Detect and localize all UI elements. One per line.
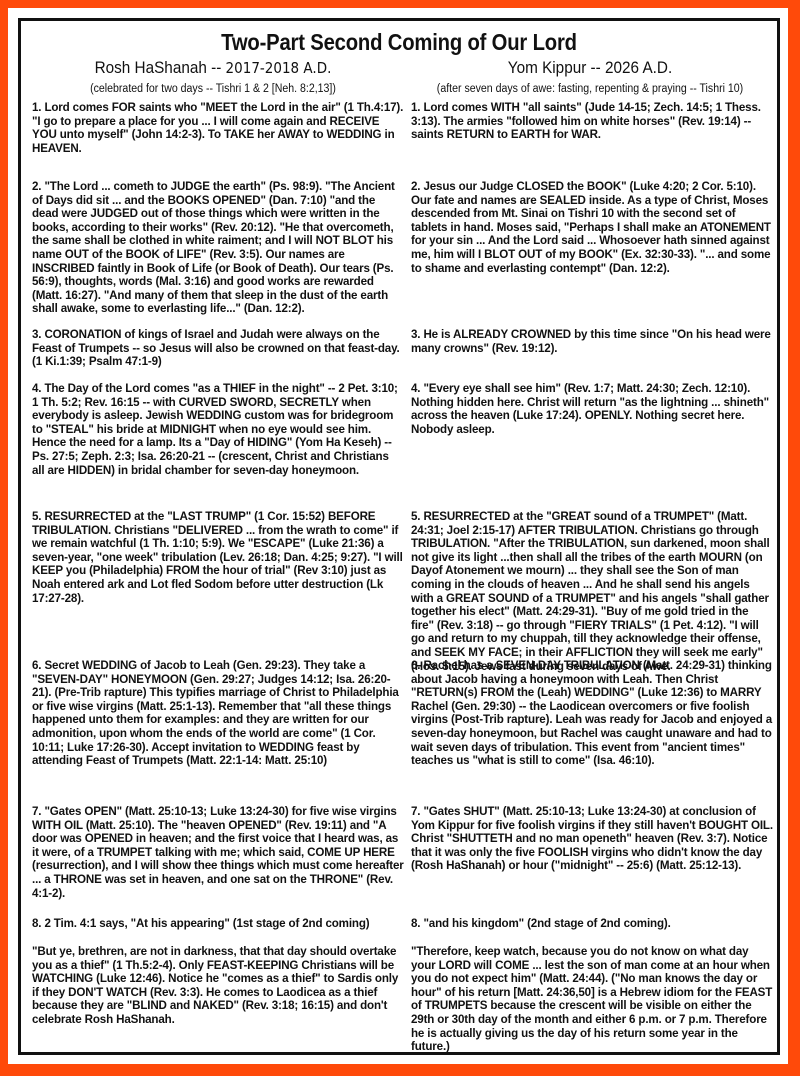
left-item-5: 5. RESURRECTED at the "LAST TRUMP" (1 Co… — [32, 510, 404, 605]
right-heading: Yom Kippur -- 2026 A.D. — [418, 58, 762, 78]
right-item-8-note: "Therefore, keep watch, because you do n… — [411, 945, 773, 1054]
right-item-3: 3. He is ALREADY CROWNED by this time si… — [411, 328, 773, 355]
right-item-1: 1. Lord comes WITH "all saints" (Jude 14… — [411, 101, 773, 142]
left-year: 2017-2018 A.D. — [226, 59, 332, 77]
left-heading: Rosh HaShanah -- 2017-2018 A.D. — [42, 58, 384, 78]
document-frame: Two-Part Second Coming of Our Lord Rosh … — [18, 18, 780, 1055]
right-item-7: 7. "Gates SHUT" (Matt. 25:10-13; Luke 13… — [411, 805, 773, 873]
left-column-header: Rosh HaShanah -- 2017-2018 A.D. (celebra… — [23, 58, 403, 95]
left-item-7: 7. "Gates OPEN" (Matt. 25:10-13; Luke 13… — [32, 805, 404, 900]
left-item-2: 2. "The Lord ... cometh to JUDGE the ear… — [32, 180, 404, 316]
left-item-1: 1. Lord comes FOR saints who "MEET the L… — [32, 101, 404, 155]
right-item-2: 2. Jesus our Judge CLOSED the BOOK" (Luk… — [411, 180, 773, 275]
left-item-4: 4. The Day of the Lord comes "as a THIEF… — [32, 382, 404, 477]
right-subheading: (after seven days of awe: fasting, repen… — [414, 83, 765, 95]
left-subheading: (celebrated for two days -- Tishri 1 & 2… — [38, 83, 388, 95]
right-column-header: Yom Kippur -- 2026 A.D. (after seven day… — [399, 58, 781, 95]
left-item-3: 3. CORONATION of kings of Israel and Jud… — [32, 328, 404, 369]
right-item-8: 8. "and his kingdom" (2nd stage of 2nd c… — [411, 917, 773, 931]
right-item-4: 4. "Every eye shall see him" (Rev. 1:7; … — [411, 382, 773, 436]
left-item-6: 6. Secret WEDDING of Jacob to Leah (Gen.… — [32, 659, 404, 768]
left-item-8: 8. 2 Tim. 4:1 says, "At his appearing" (… — [32, 917, 404, 931]
right-item-5: 5. RESURRECTED at the "GREAT sound of a … — [411, 510, 773, 673]
left-item-8-note: "But ye, brethren, are not in darkness, … — [32, 945, 404, 1027]
page-title: Two-Part Second Coming of Our Lord — [66, 29, 731, 56]
right-item-6: 6. Rachel has a SEVEN-DAY TRIBULATION (M… — [411, 659, 773, 768]
